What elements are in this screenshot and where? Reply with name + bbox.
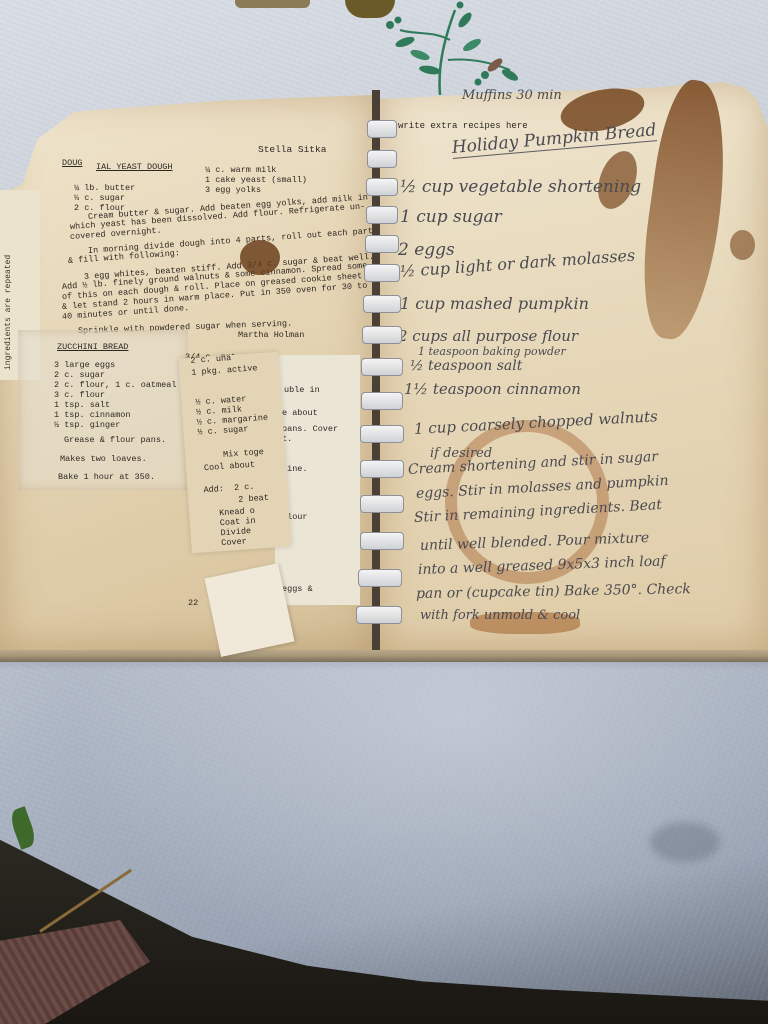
page-number-partial: 22 (188, 598, 198, 608)
hw-line-2: 2 eggs (398, 240, 455, 260)
r1-signature: Martha Holman (238, 330, 304, 340)
spiral-coil (361, 358, 403, 376)
spiral-coil (366, 206, 398, 224)
spiral-coil (358, 569, 402, 587)
underlying-line-0: uble in (284, 385, 320, 395)
card-line-1: 1 pkg. active (191, 363, 258, 378)
r1-ing-right-0: ¼ c. warm milk (205, 165, 276, 175)
r2-step-0: Grease & flour pans. (64, 435, 166, 445)
spiral-coil (364, 264, 400, 282)
spiral-coil (365, 235, 399, 253)
spiral-coil (360, 532, 404, 550)
spiral-coil (363, 295, 401, 313)
hw-line-17: with fork unmold & cool (420, 608, 580, 623)
typed-header: write extra recipes here (398, 121, 528, 131)
recipe1-author: Stella Sitka (258, 145, 326, 155)
card-line-5: ½ c. sugar (197, 424, 249, 438)
spiral-coil (361, 392, 403, 410)
card-line-13: Cover (221, 536, 247, 548)
spiral-coil (367, 120, 397, 138)
r2-ing-left-4: 1 tsp. salt (54, 400, 110, 410)
card-line-6: Mix toge (223, 447, 264, 460)
r2-ing-left-0: 3 large eggs (54, 360, 115, 370)
hw-line-4: 1 cup mashed pumpkin (400, 294, 589, 313)
r1-ing-left-0: ¼ lb. butter (74, 183, 135, 193)
spiral-coil (362, 326, 402, 344)
spiral-coil (360, 495, 404, 513)
r1-ing-right-1: 1 cake yeast (small) (205, 175, 307, 185)
underlying-line-6: eggs & (282, 584, 313, 594)
taped-recipe-card: 2 c. una 1 pkg. active ½ c. water ½ c. m… (178, 352, 291, 554)
background-object (235, 0, 310, 8)
r2-step-1: Makes two loaves. (60, 454, 147, 464)
top-note: Muffins 30 min (462, 88, 562, 103)
r1-ing-right-2: 3 egg yolks (205, 185, 261, 195)
r2-ing-left-3: 3 c. flour (54, 390, 105, 400)
card-line-9: 2 beat (238, 493, 269, 505)
spiral-coil (356, 606, 402, 624)
r2-ing-left-1: 2 c. sugar (54, 370, 105, 380)
r1-ing-left-1: ⅓ c. sugar (74, 193, 125, 203)
spiral-coil (366, 178, 398, 196)
folded-paper-note (205, 563, 295, 657)
coffee-stain (730, 230, 755, 260)
card-line-7: Cool about (204, 460, 256, 474)
spiral-coil (360, 425, 404, 443)
r2-step-2: Bake 1 hour at 350. (58, 472, 155, 482)
hw-line-0: ½ cup vegetable shortening (400, 177, 641, 197)
hw-line-5: 2 cups all purpose flour (398, 327, 578, 345)
hw-line-7: ½ teaspoon salt (410, 358, 522, 374)
hw-line-1: 1 cup sugar (400, 207, 502, 227)
hw-line-8: 1½ teaspoon cinnamon (404, 380, 581, 398)
r2-ing-left-2: 2 c. flour, 1 c. oatmeal or (54, 380, 192, 390)
floral-print-icon (360, 0, 530, 95)
coffee-stain (240, 240, 280, 275)
r2-ing-left-5: 1 tsp. cinnamon (54, 410, 131, 420)
recipe2-title: ZUCCHINI BREAD (57, 342, 128, 352)
underlying-line-1: e about (282, 408, 318, 418)
spiral-coil (360, 460, 404, 478)
r2-ing-left-6: ½ tsp. ginger (54, 420, 120, 430)
spiral-coil (367, 150, 397, 168)
recipe1-title-partial: DOUG (62, 158, 82, 168)
hw-line-6: 1 teaspoon baking powder (418, 345, 566, 358)
underlying-line-2: pans. Cover (282, 424, 338, 434)
dark-foreground-furniture (0, 830, 768, 1024)
recipe1-title: IAL YEAST DOUGH (96, 162, 173, 172)
card-line-0: 2 c. una (190, 353, 231, 366)
